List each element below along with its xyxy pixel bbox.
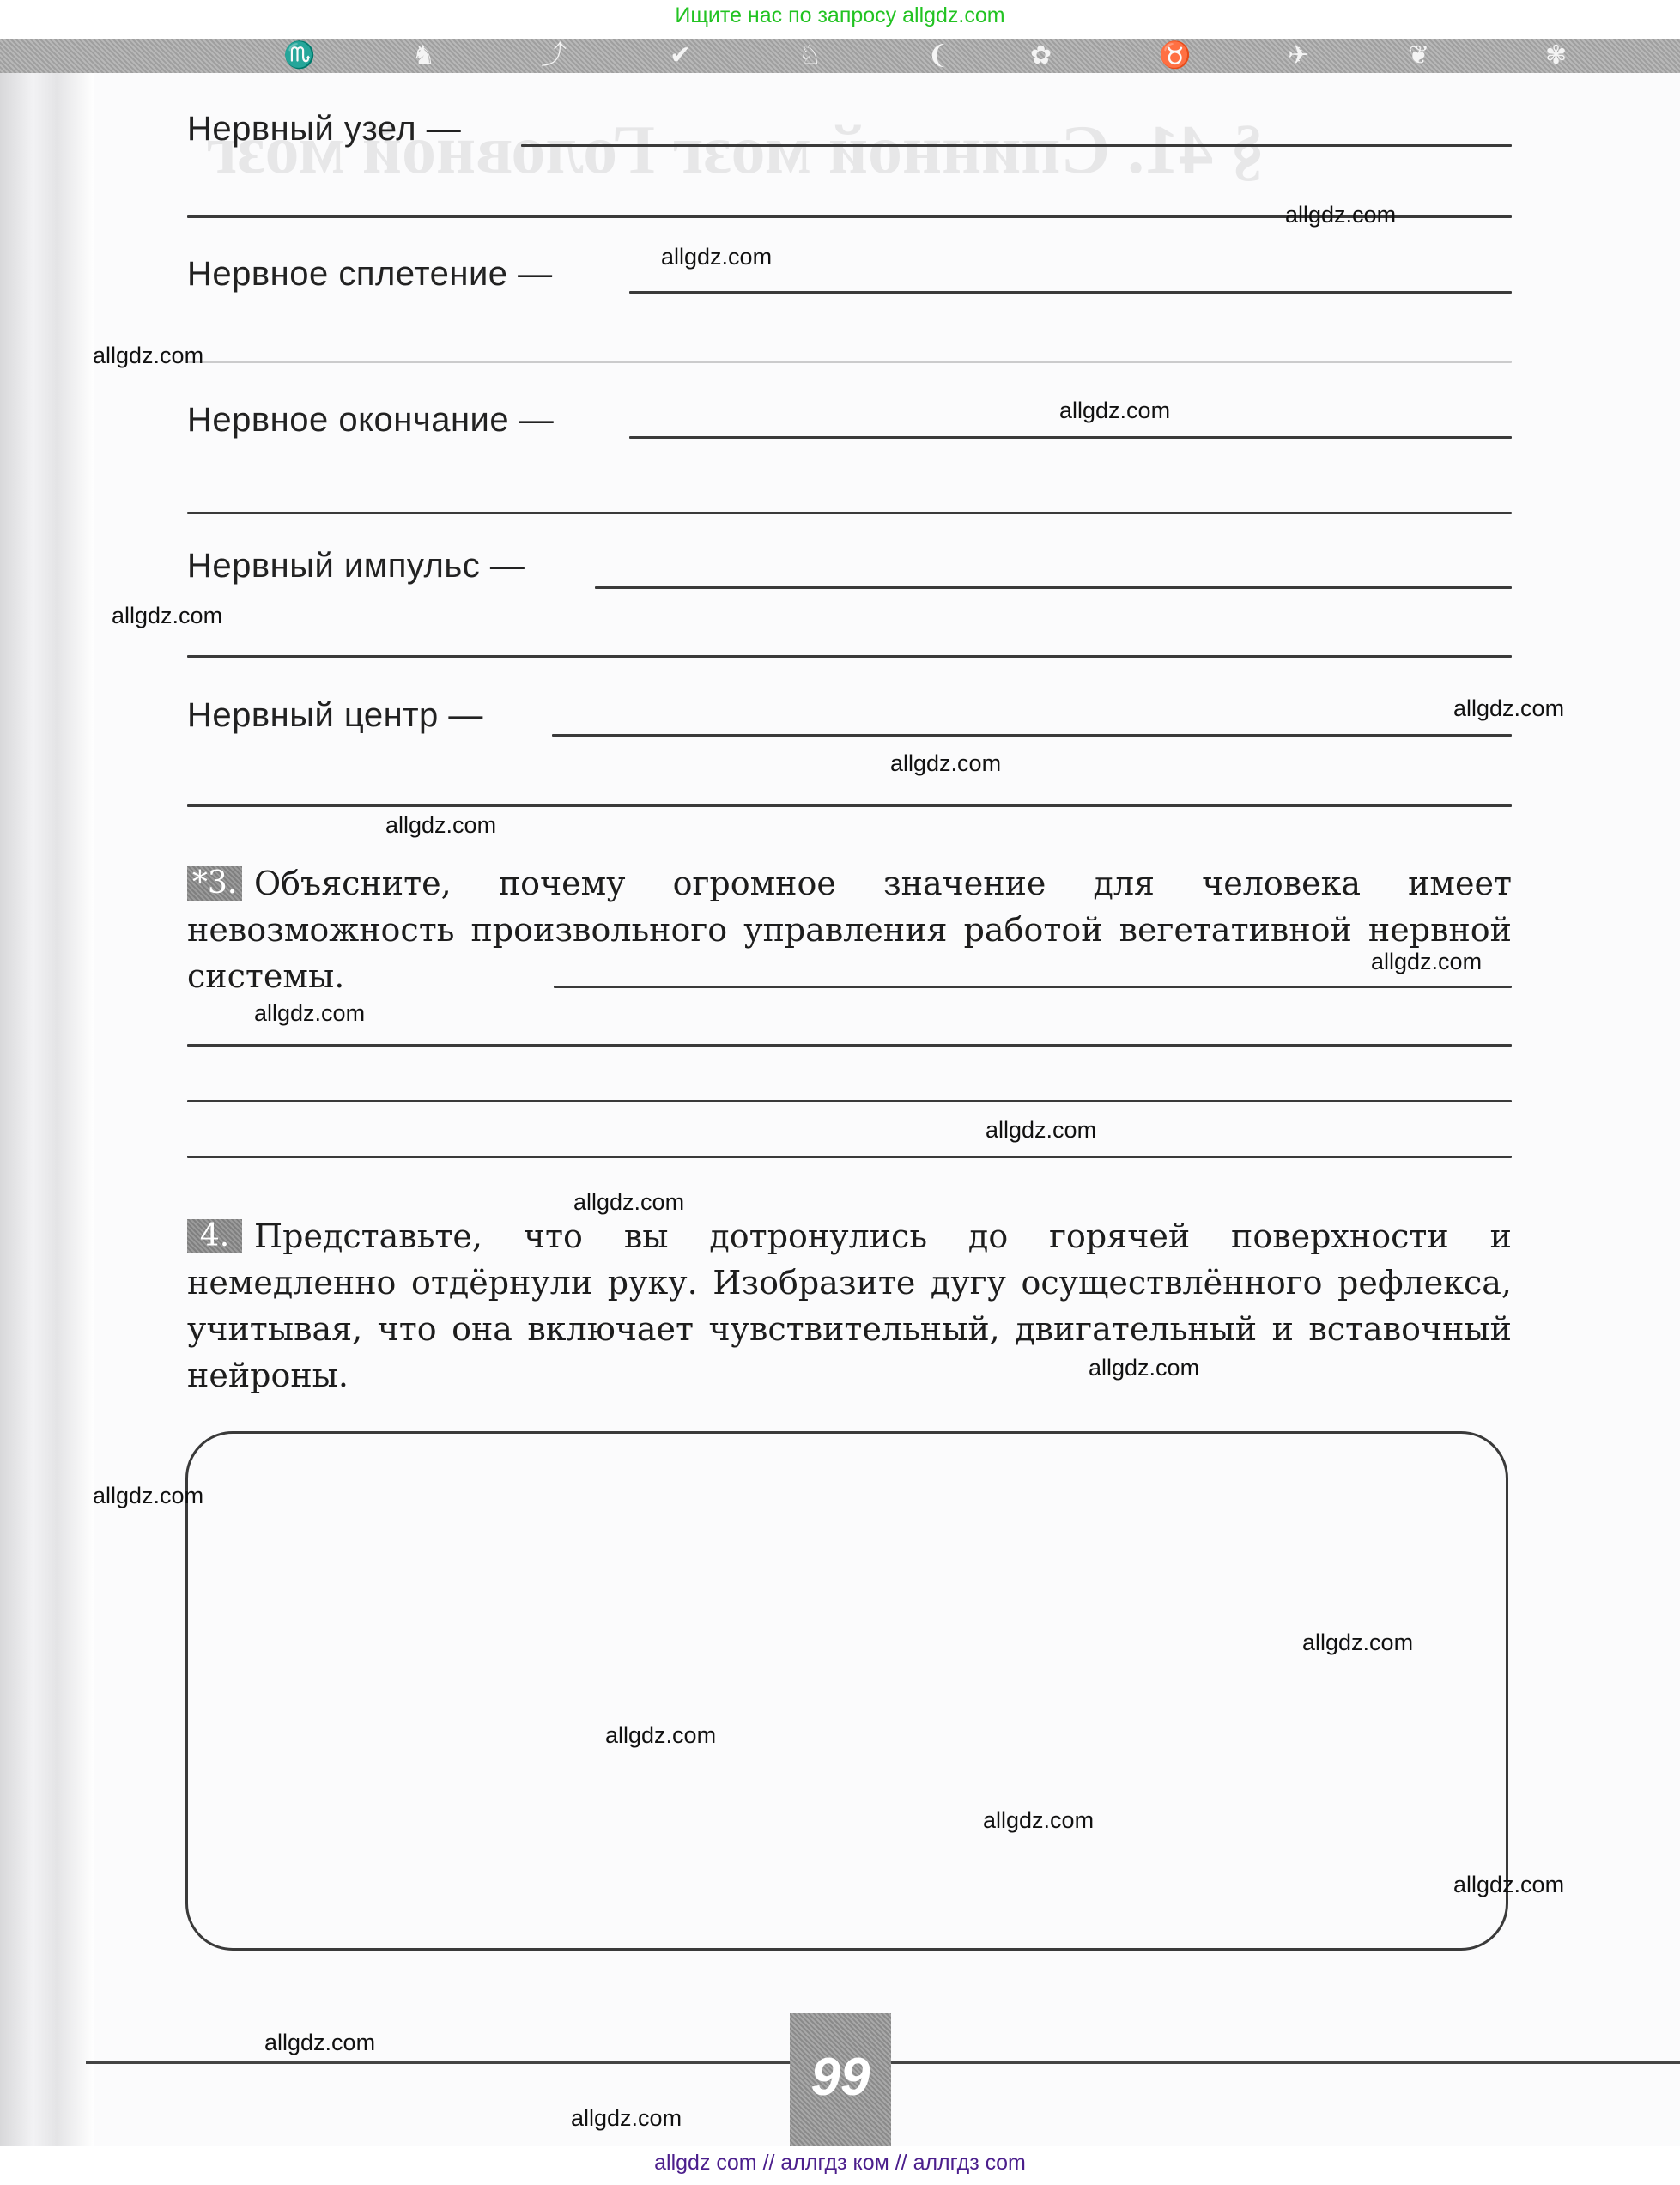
answer-line[interactable]	[629, 291, 1512, 294]
watermark: allgdz.com	[1453, 1872, 1564, 1898]
answer-line[interactable]	[629, 436, 1512, 439]
butterfly-icon: ✾	[1545, 42, 1567, 70]
crab-icon: ✿	[1030, 42, 1052, 70]
task-number-badge: 4.	[187, 1219, 242, 1253]
footer-banner[interactable]: allgdz com // аллгдз ком // аллгдз com	[0, 2151, 1680, 2176]
watermark: allgdz.com	[1302, 1630, 1413, 1656]
camel-icon: ♘	[798, 42, 822, 70]
watermark: allgdz.com	[571, 2105, 682, 2132]
watermark: allgdz.com	[385, 812, 496, 839]
reflex-arc-drawing-area[interactable]	[185, 1431, 1508, 1951]
answer-line[interactable]	[521, 144, 1512, 147]
top-banner[interactable]: Ищите нас по запросу allgdz.com	[0, 3, 1680, 28]
watermark: allgdz.com	[264, 2030, 375, 2056]
scorpion-icon: ♏	[283, 42, 315, 70]
watermark: allgdz.com	[986, 1117, 1096, 1144]
bird-icon: ✔	[670, 42, 691, 70]
watermark: allgdz.com	[1089, 1355, 1199, 1381]
answer-line[interactable]	[552, 734, 1512, 737]
watermark: allgdz.com	[661, 244, 772, 270]
rider-icon: ♞	[412, 42, 435, 70]
answer-line[interactable]	[187, 512, 1512, 514]
task-3: *3.Объясните, почему огромное значение д…	[187, 860, 1512, 999]
bird-icon: ⤴	[541, 42, 567, 70]
page-number: 99	[790, 2013, 891, 2146]
answer-line[interactable]	[187, 804, 1512, 807]
term-nerve-center: Нервный центр —	[187, 696, 483, 735]
watermark: allgdz.com	[1371, 949, 1482, 975]
bird-icon: ❦	[1408, 42, 1429, 70]
seahorse-icon: ❨	[927, 42, 949, 70]
answer-line-faint	[187, 361, 1512, 363]
watermark: allgdz.com	[112, 603, 222, 629]
answer-line[interactable]	[187, 1100, 1512, 1102]
watermark: allgdz.com	[890, 750, 1001, 777]
watermark: allgdz.com	[1285, 202, 1396, 228]
answer-line[interactable]	[187, 1156, 1512, 1158]
answer-line[interactable]	[187, 1044, 1512, 1047]
book-spine-shadow	[0, 39, 94, 2146]
task-4: 4.Представьте, что вы дотронулись до гор…	[187, 1213, 1512, 1399]
task-number-badge: *3.	[187, 866, 242, 901]
term-nerve-ganglion: Нервный узел —	[187, 110, 461, 149]
watermark: allgdz.com	[93, 343, 203, 369]
watermark: allgdz.com	[254, 1000, 365, 1027]
answer-line[interactable]	[554, 986, 1512, 988]
watermark: allgdz.com	[983, 1807, 1094, 1834]
watermark: allgdz.com	[93, 1483, 203, 1509]
watermark: allgdz.com	[605, 1722, 716, 1749]
bull-icon: ♉	[1159, 42, 1191, 70]
term-nerve-impulse: Нервный импульс —	[187, 547, 525, 586]
task-4-text: Представьте, что вы дотронулись до горяч…	[187, 1217, 1512, 1394]
watermark: allgdz.com	[1059, 398, 1170, 424]
answer-line[interactable]	[595, 586, 1512, 589]
term-nerve-plexus: Нервное сплетение —	[187, 255, 553, 294]
watermark: allgdz.com	[573, 1189, 684, 1216]
watermark: allgdz.com	[1453, 695, 1564, 722]
task-3-text: Объясните, почему огромное значение для …	[187, 865, 1512, 995]
answer-line[interactable]	[187, 655, 1512, 658]
term-nerve-ending: Нервное окончание —	[187, 401, 554, 440]
dragonfly-icon: ✈	[1288, 42, 1309, 70]
